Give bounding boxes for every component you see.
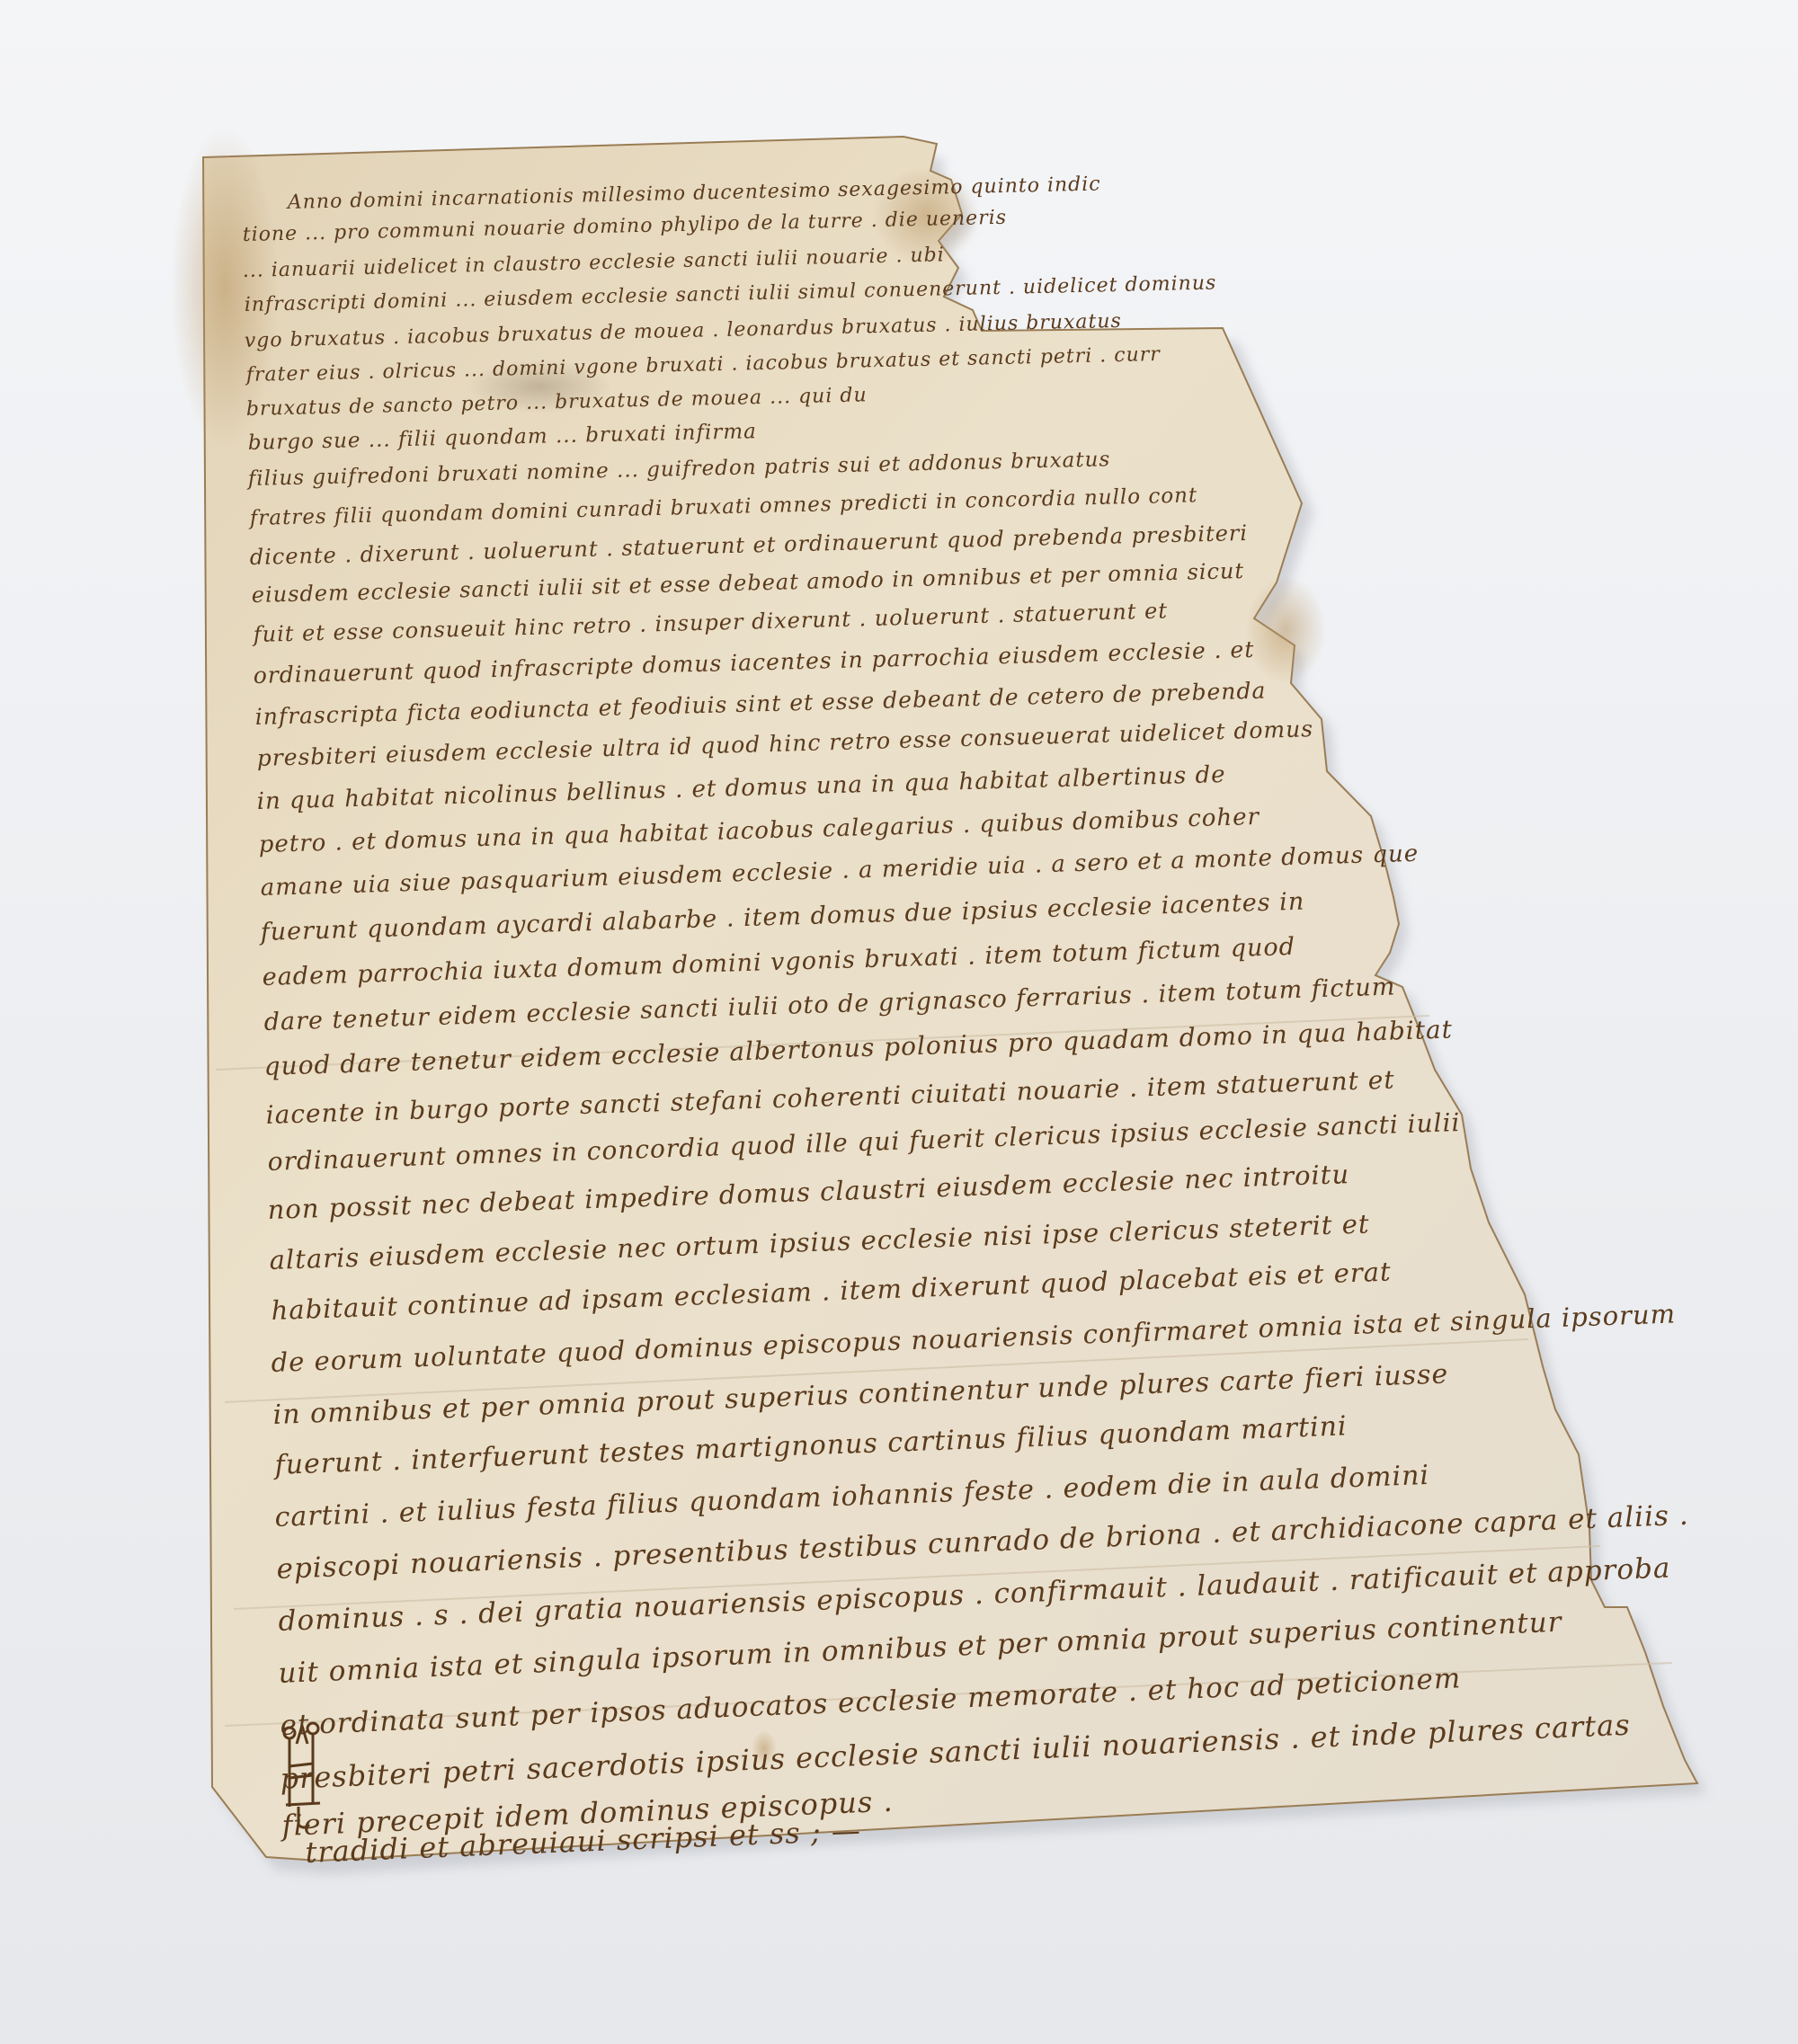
stain — [1245, 575, 1326, 683]
photo-scene: Anno domini incarnationis millesimo duce… — [0, 0, 1798, 2044]
parchment-photo: Anno domini incarnationis millesimo duce… — [0, 0, 1798, 2044]
